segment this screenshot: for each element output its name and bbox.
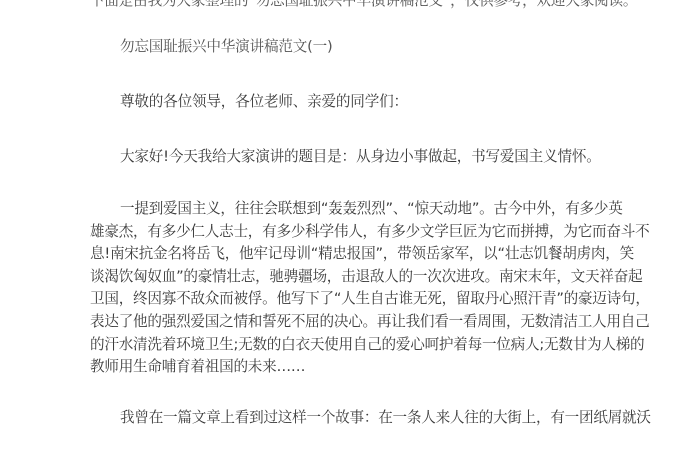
paragraph-line: 一提到爱国主义，往往会联想到“轰轰烈烈”、“惊天动地”。古今中外，有多少英 — [90, 198, 630, 221]
document-page: 下面是由我为大家整理的“勿忘国耻振兴中华演讲稿范文”，仅供参考，欢迎大家阅读。 … — [0, 0, 700, 470]
paragraph-line: 表达了他的强烈爱国之情和誓死不屈的决心。再让我们看一看周围，无数清洁工人用自己 — [90, 311, 630, 334]
paragraph-line: 的汗水清洗着环境卫生;无数的白衣天使用自己的爱心呵护着每一位病人;无数甘为人梯的 — [90, 334, 630, 357]
paragraph-line: 卫国，终因寡不敌众而被俘。他写下了“人生自古谁无死，留取丹心照汗青”的豪迈诗句， — [90, 288, 630, 311]
paragraph-line: 息!南宋抗金名将岳飞，他牢记母训“精忠报国”，带领岳家军，以“壮志饥餐胡虏肉，笑 — [90, 243, 630, 266]
salutation: 尊敬的各位领导，各位老师、亲爱的同学们： — [120, 92, 408, 112]
paragraph-line: 雄豪杰，有多少仁人志士，有多少科学伟人，有多少文学巨匠为它而拼搏，为它而奋斗不 — [90, 221, 630, 244]
paragraph-line: 我曾在一篇文章上看到过这样一个故事：在一条人来人往的大街上，有一团纸屑就沃 — [90, 407, 630, 430]
greeting: 大家好!今天我给大家演讲的题目是：从身边小事做起，书写爱国主义情怀。 — [120, 147, 601, 167]
intro-line: 下面是由我为大家整理的“勿忘国耻振兴中华演讲稿范文”，仅供参考，欢迎大家阅读。 — [90, 0, 637, 11]
paragraph-2: 我曾在一篇文章上看到过这样一个故事：在一条人来人往的大街上，有一团纸屑就沃 — [90, 407, 630, 430]
article-title: 勿忘国耻振兴中华演讲稿范文(一) — [120, 37, 333, 57]
paragraph-1: 一提到爱国主义，往往会联想到“轰轰烈烈”、“惊天动地”。古今中外，有多少英 雄豪… — [90, 198, 630, 379]
paragraph-line: 谈渴饮匈奴血”的豪情壮志，驰骋疆场，击退敌人的一次次进攻。南宋末年，文天祥奋起 — [90, 266, 630, 289]
paragraph-line: 教师用生命哺育着祖国的未来…… — [90, 356, 630, 379]
